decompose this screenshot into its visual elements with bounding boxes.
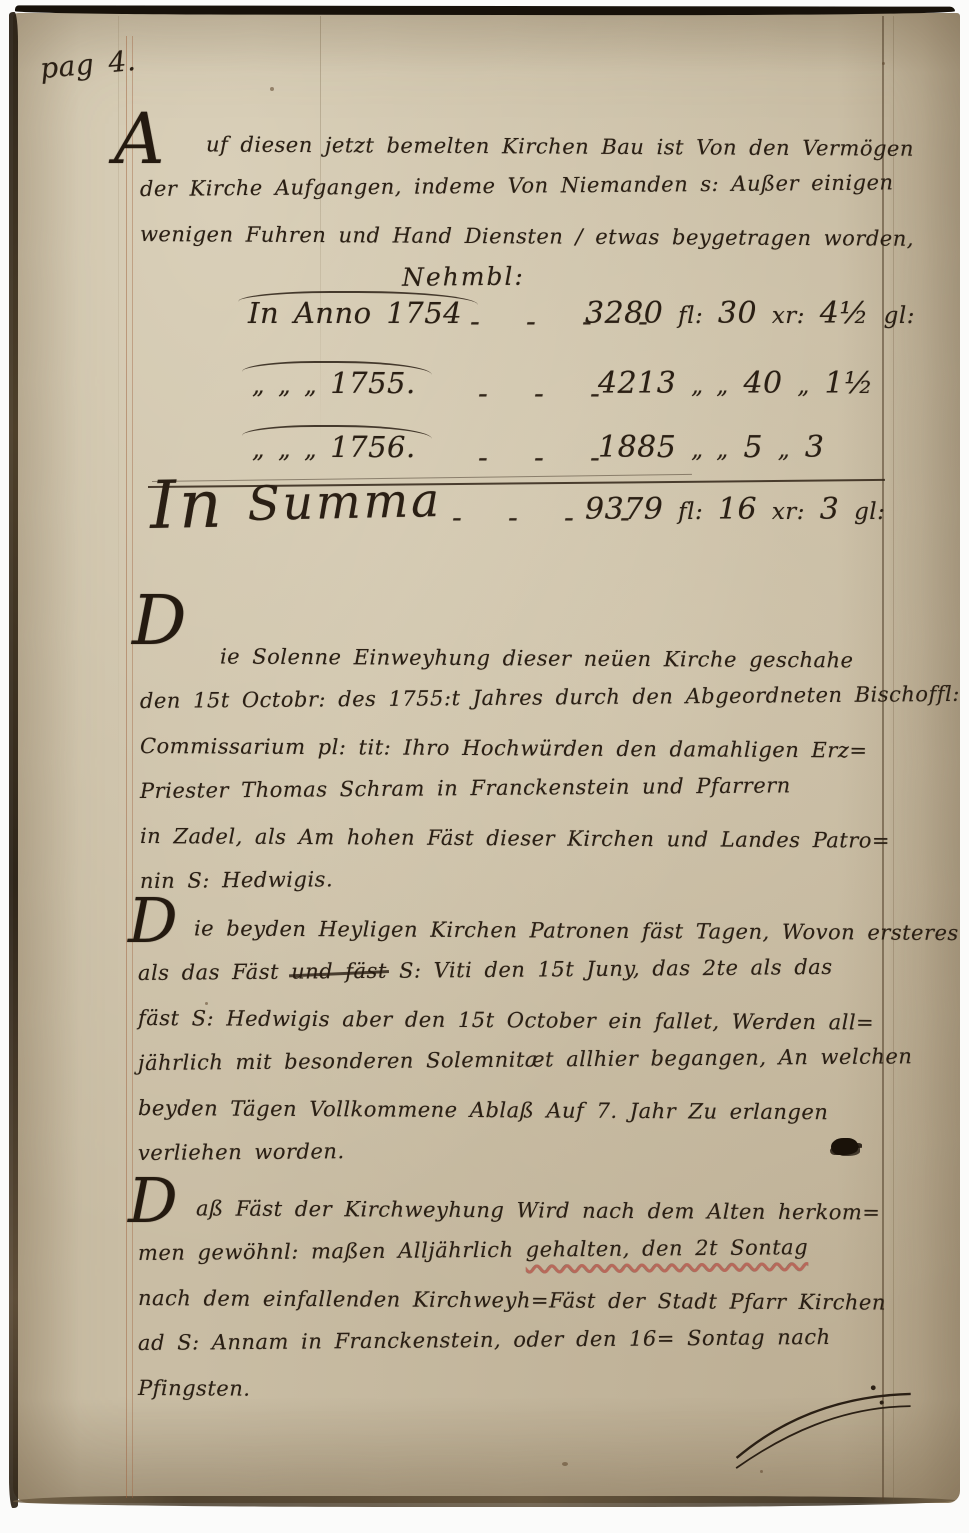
ledger-amount: 1885 „ „ 5 „ 3 [598, 430, 825, 465]
ledger-year-label: In Anno 1754 [248, 296, 462, 330]
ledger-row-1756: „ „ „ 1756. - - - 1885 „ „ 5 „ 3 [0, 430, 969, 482]
ledger-row-1754: In Anno 1754 - - - - 3280 fl: 30 xr: 4½ … [0, 296, 969, 348]
manuscript-line: nin S: Hedwigis. [140, 852, 910, 904]
paper-edge-bottom [13, 1496, 955, 1507]
paragraph-intro: A uf diesen jetzt bemelten Kirchen Bau i… [140, 122, 900, 302]
ledger-amount: 4213 „ „ 40 „ 1½ [598, 366, 874, 401]
manuscript-line: jährlich mit besonderen Solemnitæt allhi… [138, 1034, 908, 1086]
ledger-total-row: - - - - 9379 fl: 16 xr: 3 gl: [0, 492, 969, 544]
paragraph-patron-feasts: D ie beyden Heyligen Kirchen Patronen fä… [138, 906, 908, 1176]
year-1754: 1754 [386, 296, 462, 330]
ledger-year-label: „ „ „ 1756. [252, 430, 416, 464]
struck-word: und fäst [291, 959, 387, 984]
ledger-dashes: - - - [478, 440, 616, 474]
year-1755: 1755. [330, 366, 416, 400]
ledger-dashes: - - - [478, 376, 616, 410]
ledger-amount: 3280 fl: 30 xr: 4½ gl: [585, 296, 915, 331]
paper-speck [562, 1462, 568, 1466]
manuscript-line: ad S: Annam in Franckenstein, oder den 1… [138, 1314, 908, 1366]
manuscript-line: als das Fäst und fäst S: Viti den 15t Ju… [138, 944, 908, 996]
paper-speck [270, 87, 274, 91]
manuscript-line: verliehen worden. [138, 1124, 908, 1176]
paragraph-kirchweyh: D aß Fäst der Kirchweyhung Wird nach dem… [138, 1186, 908, 1411]
paper-edge-left [9, 12, 18, 1508]
red-underline-mark: gehalten, den 2t Sontag [526, 1235, 809, 1261]
manuscript-line: Priester Thomas Schram in Franckenstein … [140, 762, 910, 814]
manuscript-line: der Kirche Aufgangen, indeme Von Niemand… [140, 160, 900, 212]
paper-speck [882, 62, 885, 65]
year-1756: 1756. [330, 430, 416, 464]
ink-blot-mark [831, 1138, 858, 1155]
manuscript-scan: { "page": { "number_label": "pag 4." }, … [0, 0, 969, 1533]
paper-edge-top [15, 5, 955, 15]
paragraph-consecration: D ie Solenne Einweyhung dieser neüen Kir… [140, 634, 910, 904]
ledger-total-amount: 9379 fl: 16 xr: 3 gl: [585, 492, 885, 527]
ledger-row-1755: „ „ „ 1755. - - - 4213 „ „ 40 „ 1½ [0, 366, 969, 418]
manuscript-line: men gewöhnl: maßen Alljährlich gehalten,… [138, 1224, 908, 1276]
manuscript-line: den 15t Octobr: des 1755:t Jahres durch … [140, 672, 910, 724]
subheading-nehmblich: Nehmbl: [140, 250, 900, 302]
ledger-year-label: „ „ „ 1755. [252, 366, 416, 400]
margin-rule-left [126, 36, 133, 1498]
